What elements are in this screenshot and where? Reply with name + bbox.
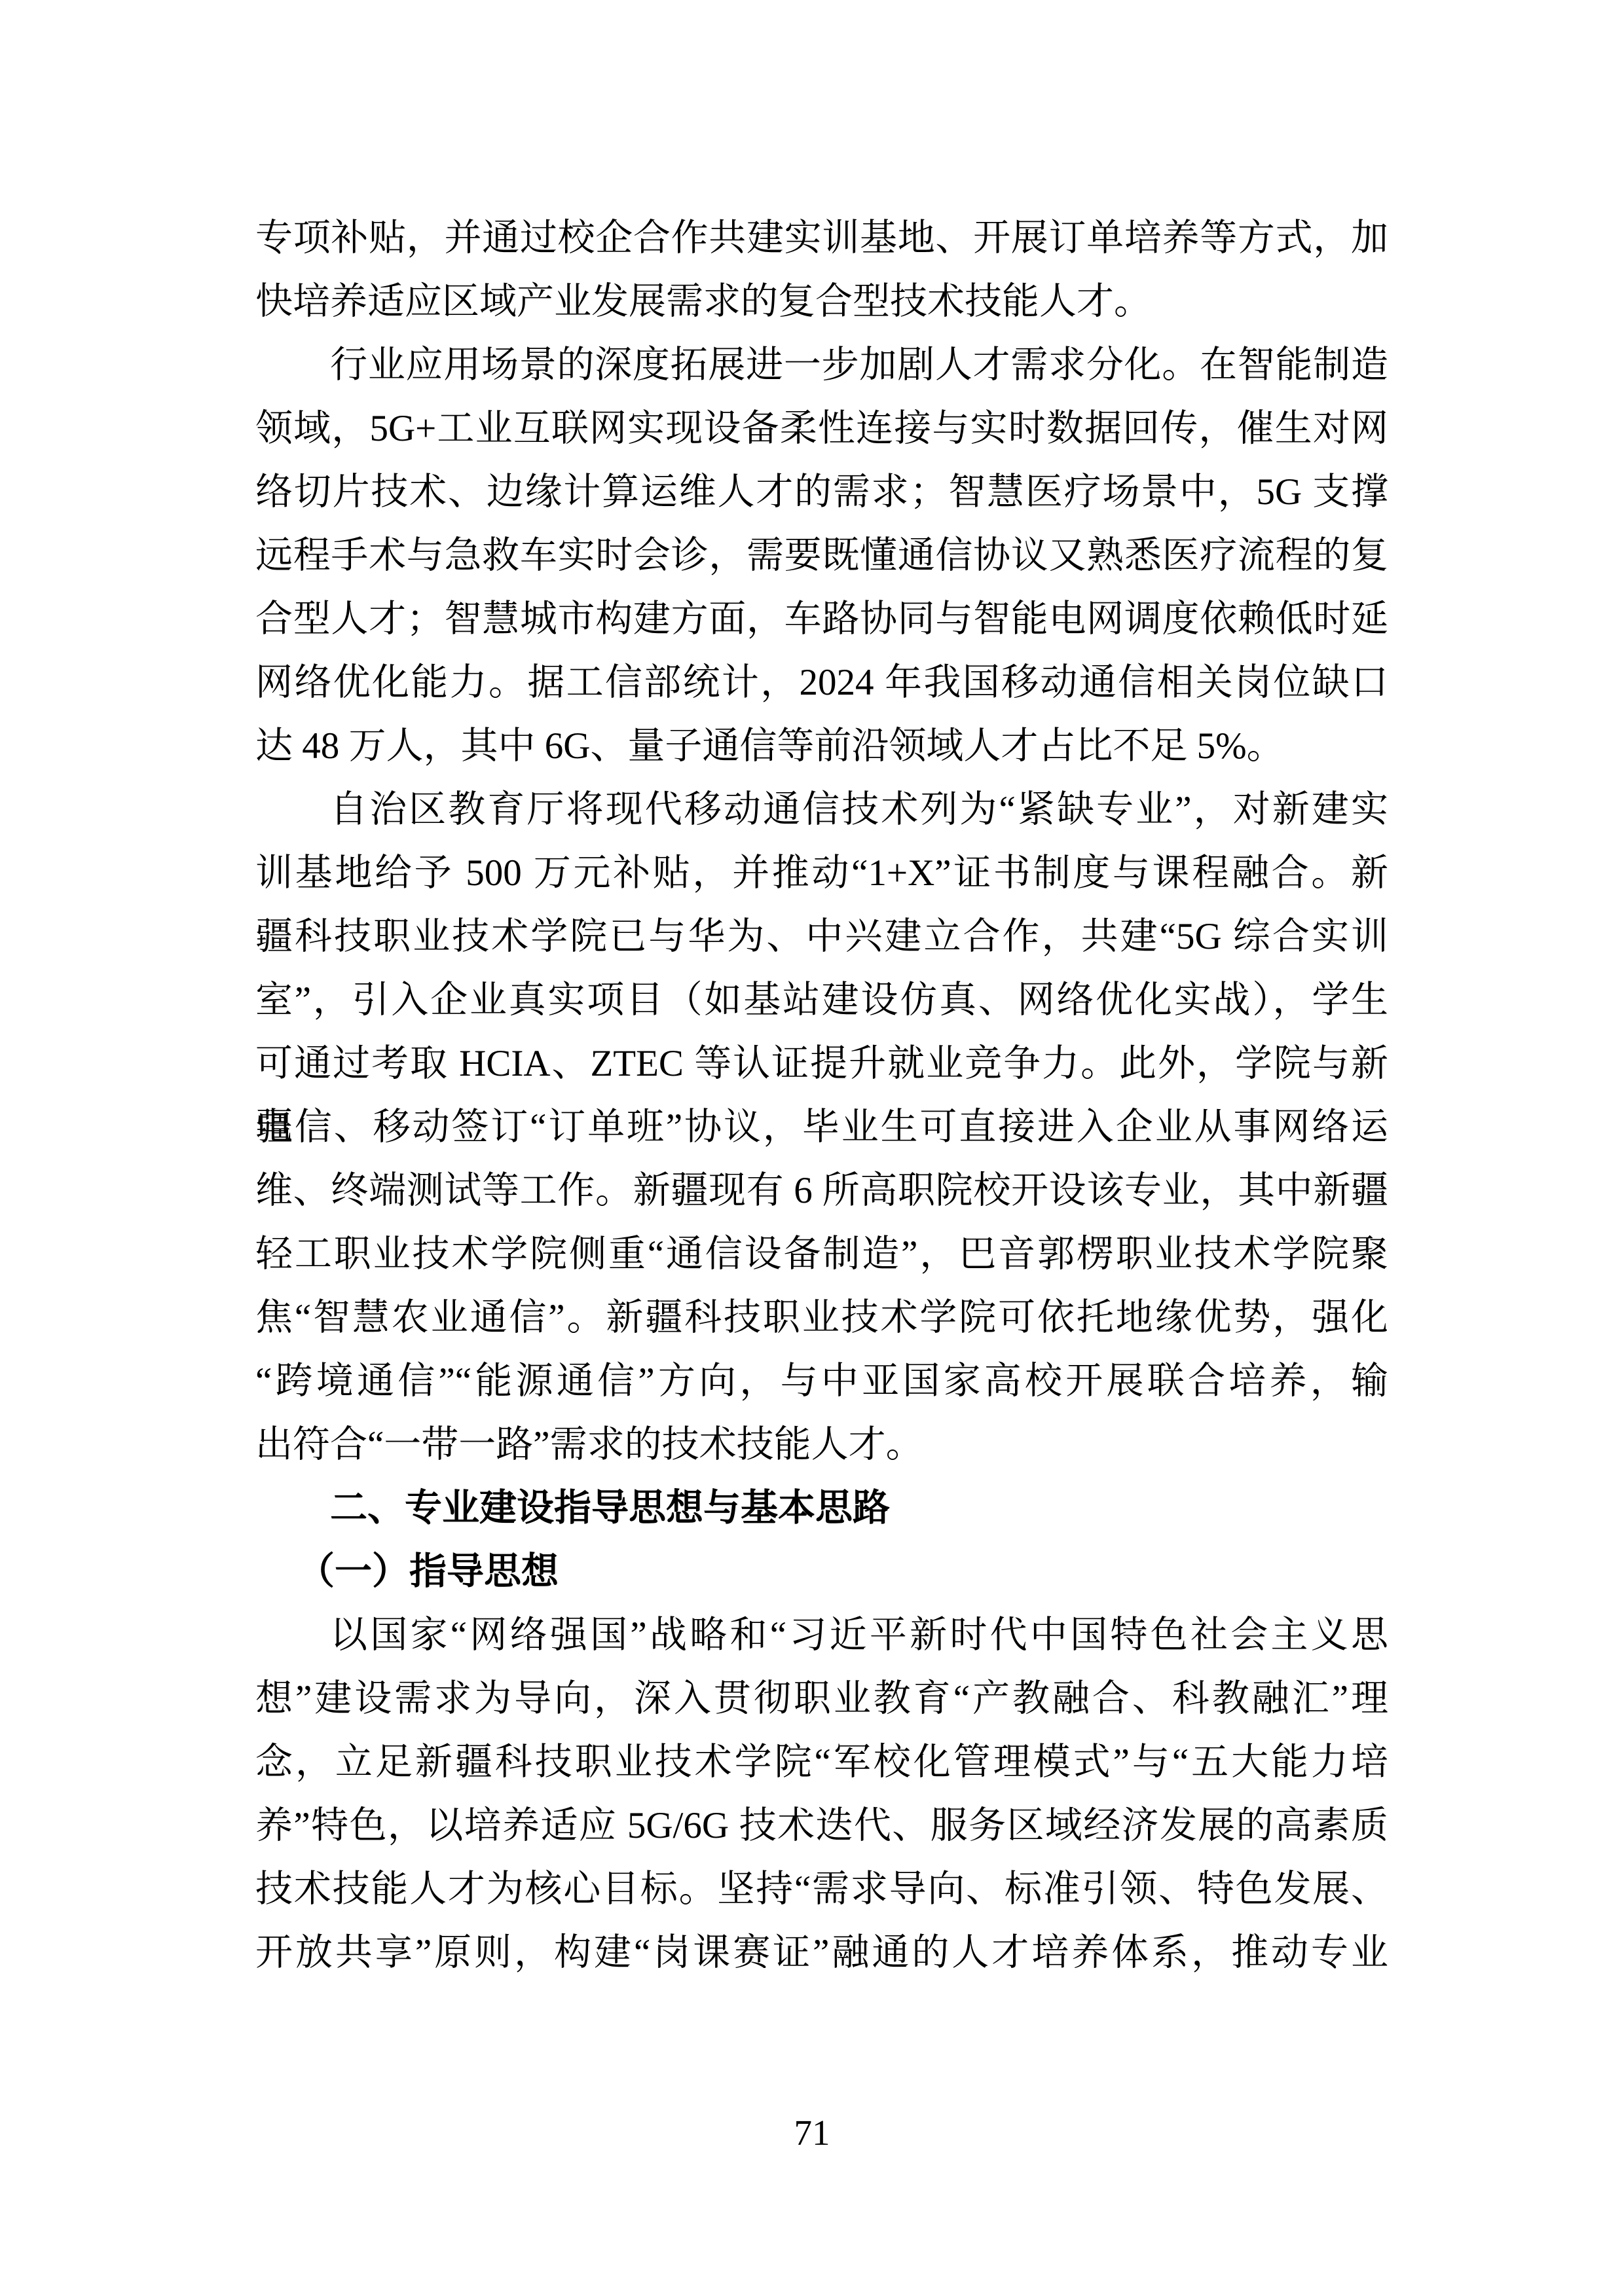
paragraph-line: 室”，引入企业真实项目（如基站建设仿真、网络优化实战），学生 <box>255 968 1388 1032</box>
paragraph-line: 电信、移动签订“订单班”协议，毕业生可直接进入企业从事网络运 <box>255 1095 1388 1159</box>
paragraph-line: 远程手术与急救车实时会诊，需要既懂通信协议又熟悉医疗流程的复 <box>255 524 1388 587</box>
paragraph-line: 技术技能人才为核心目标。坚持“需求导向、标准引领、特色发展、 <box>255 1857 1388 1921</box>
paragraph-line: 络切片技术、边缘计算运维人才的需求；智慧医疗场景中，5G 支撑 <box>255 460 1388 524</box>
paragraph-line: 领域，5G+工业互联网实现设备柔性连接与实时数据回传，催生对网 <box>255 397 1388 460</box>
page-number: 71 <box>0 2113 1624 2153</box>
paragraph-line: 维、终端测试等工作。新疆现有 6 所高职院校开设该专业，其中新疆 <box>255 1159 1388 1222</box>
paragraph-line: 快培养适应区域产业发展需求的复合型技术技能人才。 <box>255 270 1388 333</box>
paragraph-line: 网络优化能力。据工信部统计，2024 年我国移动通信相关岗位缺口 <box>255 651 1388 714</box>
paragraph-line: 合型人才；智慧城市构建方面，车路协同与智能电网调度依赖低时延 <box>255 587 1388 651</box>
paragraph-line: 训基地给予 500 万元补贴，并推动“1+X”证书制度与课程融合。新 <box>255 841 1388 905</box>
paragraph-line: 想”建设需求为导向，深入贯彻职业教育“产教融合、科教融汇”理 <box>255 1667 1388 1730</box>
paragraph-line: 达 48 万人，其中 6G、量子通信等前沿领域人才占比不足 5%。 <box>255 714 1388 778</box>
paragraph-line: 行业应用场景的深度拓展进一步加剧人才需求分化。在智能制造 <box>255 333 1388 397</box>
section-heading: 二、专业建设指导思想与基本思路 <box>255 1476 1388 1540</box>
paragraph-line: 专项补贴，并通过校企合作共建实训基地、开展订单培养等方式，加 <box>255 206 1388 270</box>
paragraph-line: 念，立足新疆科技职业技术学院“军校化管理模式”与“五大能力培 <box>255 1730 1388 1794</box>
paragraph-line: 自治区教育厅将现代移动通信技术列为“紧缺专业”，对新建实 <box>255 778 1388 841</box>
paragraph-line: 开放共享”原则，构建“岗课赛证”融通的人才培养体系，推动专业 <box>255 1921 1388 1984</box>
subsection-heading: （一）指导思想 <box>255 1540 1388 1603</box>
paragraph-line: 焦“智慧农业通信”。新疆科技职业技术学院可依托地缘优势，强化 <box>255 1286 1388 1349</box>
paragraph-line: 可通过考取 HCIA、ZTEC 等认证提升就业竞争力。此外，学院与新疆 <box>255 1032 1388 1095</box>
paragraph-line: 养”特色，以培养适应 5G/6G 技术迭代、服务区域经济发展的高素质 <box>255 1794 1388 1857</box>
document-page: 专项补贴，并通过校企合作共建实训基地、开展订单培养等方式，加快培养适应区域产业发… <box>0 0 1624 2296</box>
paragraph-line: 出符合“一带一路”需求的技术技能人才。 <box>255 1413 1388 1476</box>
paragraph-line: 疆科技职业技术学院已与华为、中兴建立合作，共建“5G 综合实训 <box>255 905 1388 968</box>
paragraph-line: “跨境通信”“能源通信”方向，与中亚国家高校开展联合培养，输 <box>255 1349 1388 1413</box>
paragraph-line: 以国家“网络强国”战略和“习近平新时代中国特色社会主义思 <box>255 1603 1388 1667</box>
paragraph-line: 轻工职业技术学院侧重“通信设备制造”，巴音郭楞职业技术学院聚 <box>255 1222 1388 1286</box>
document-body: 专项补贴，并通过校企合作共建实训基地、开展订单培养等方式，加快培养适应区域产业发… <box>255 206 1388 1984</box>
